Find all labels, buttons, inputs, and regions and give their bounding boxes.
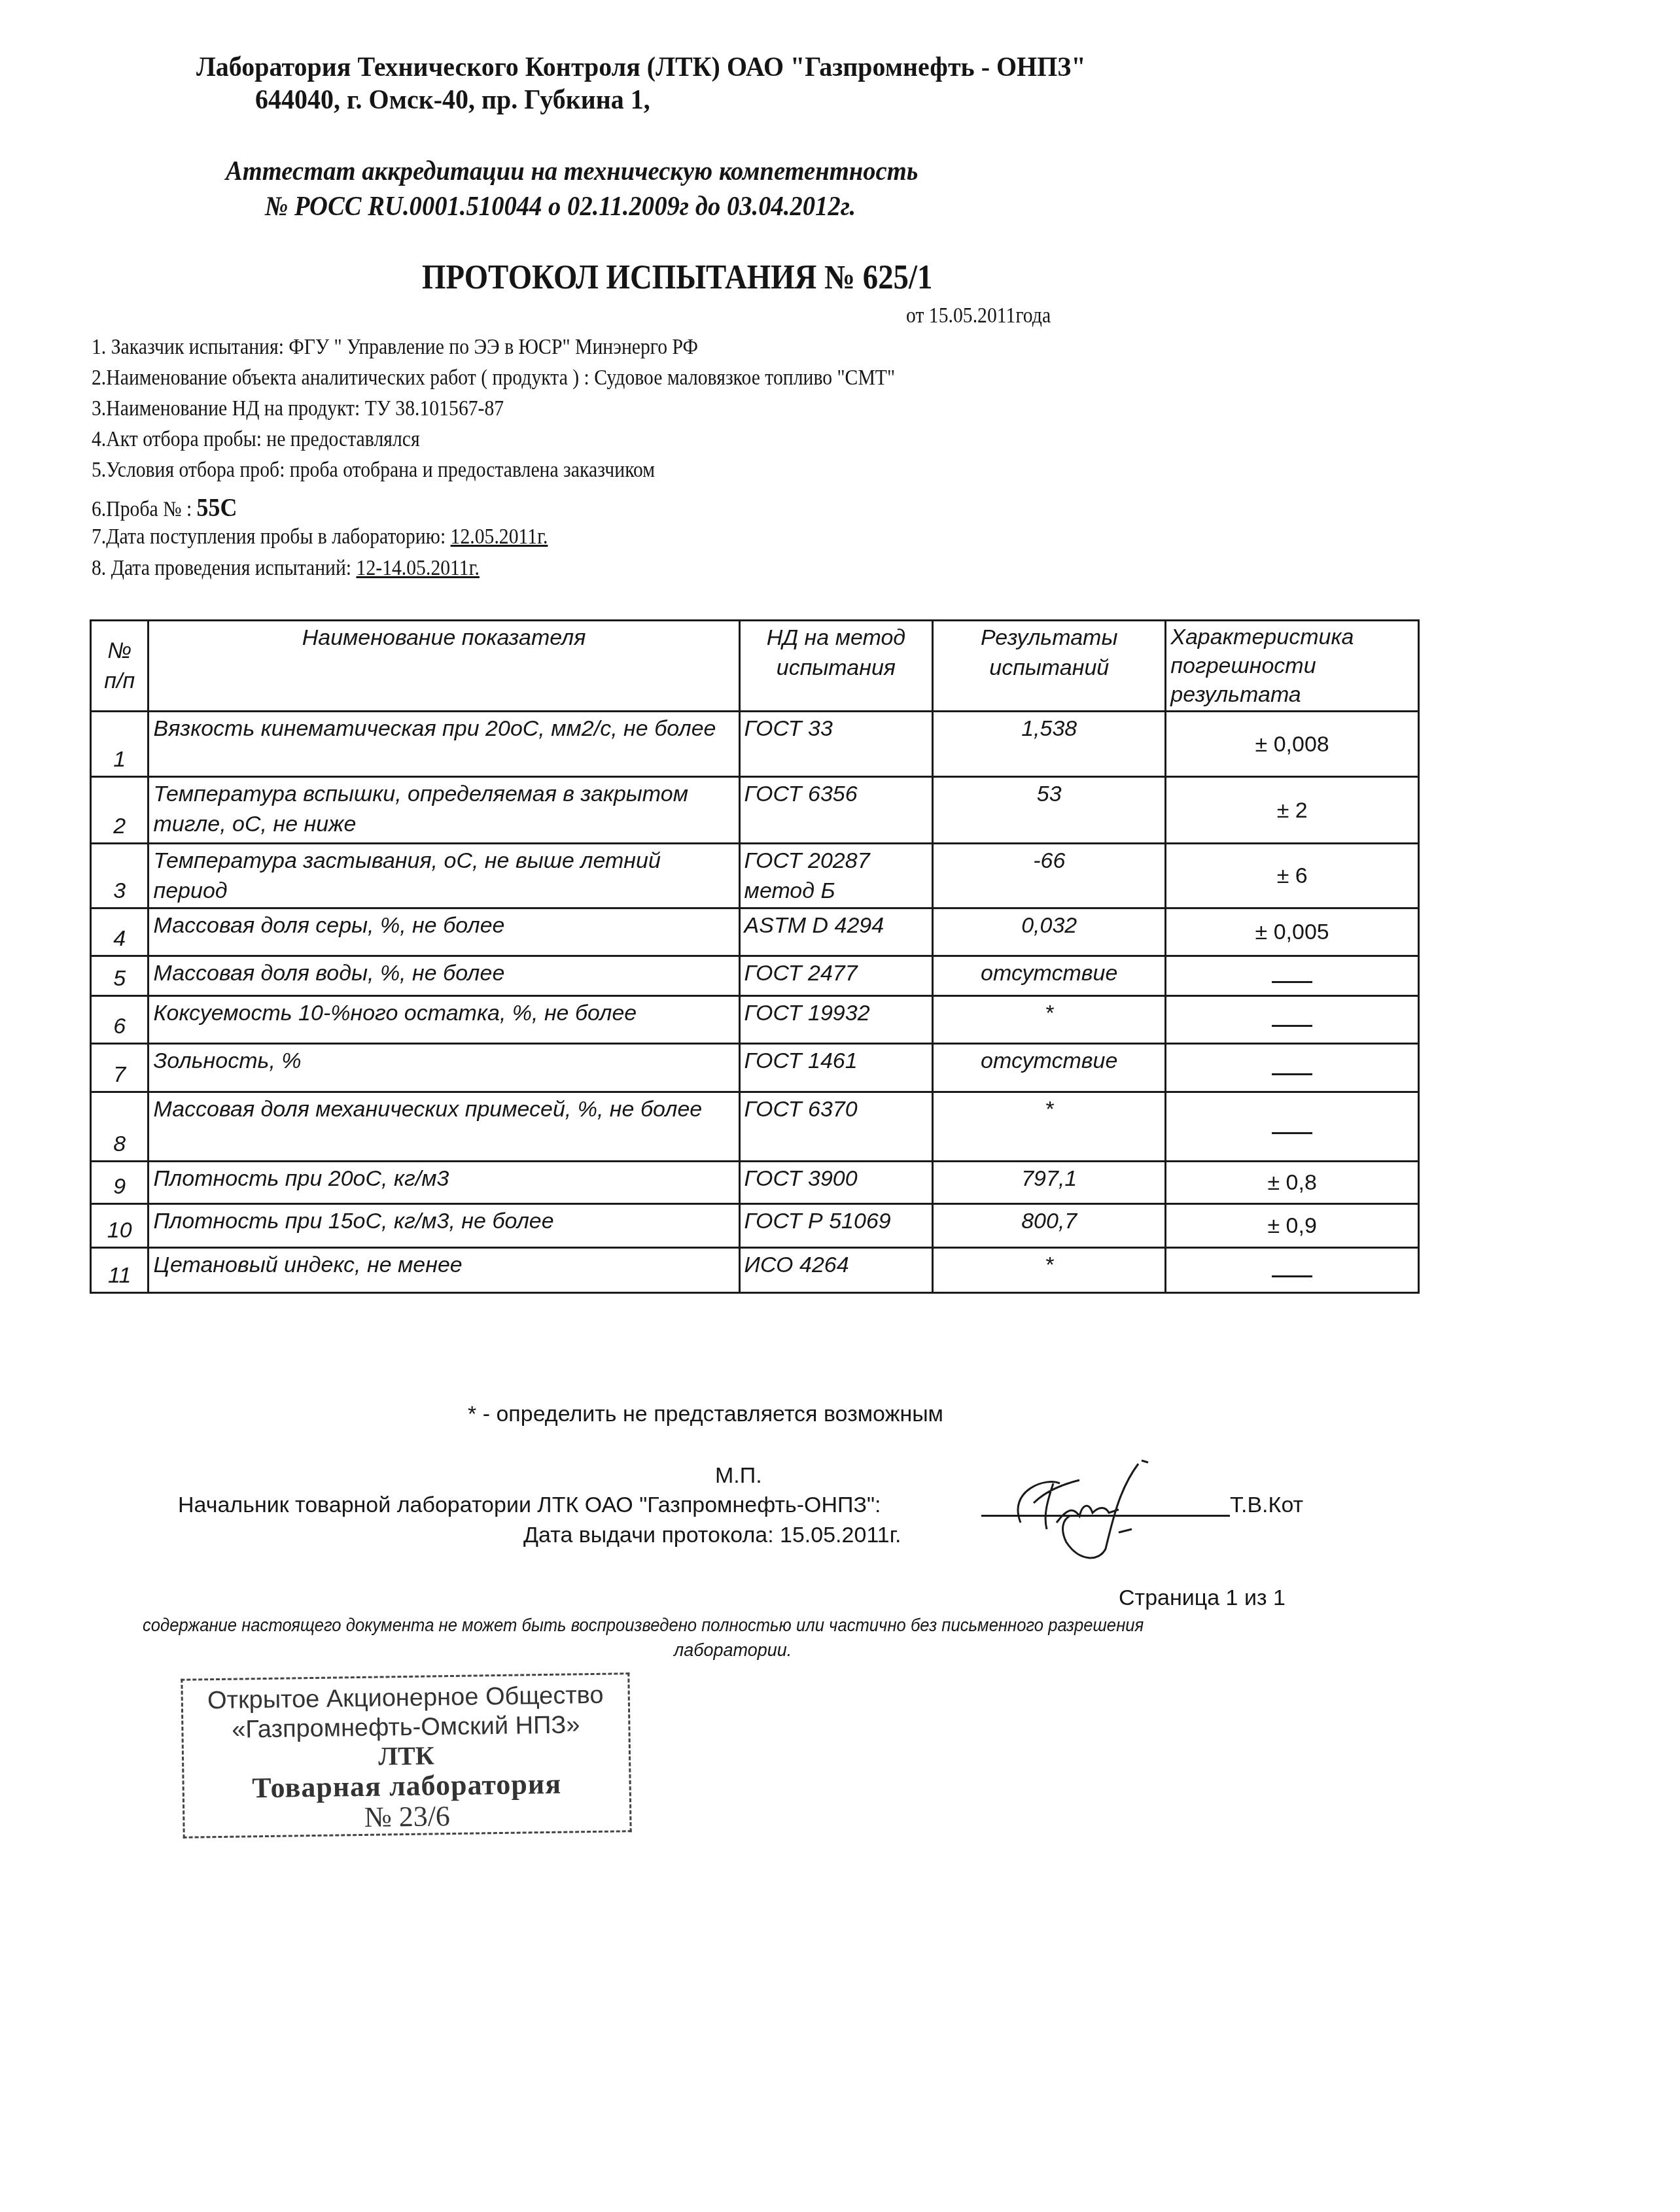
row-method: ГОСТ 19932 (739, 996, 933, 1044)
header-name: Наименование показателя (149, 621, 739, 712)
info-act: 4.Акт отбора пробы: не предоставлялся (92, 428, 420, 452)
table-row: 5Массовая доля воды, %, не болееГОСТ 247… (91, 956, 1419, 996)
sample-value: 55С (197, 493, 237, 522)
row-method: ГОСТ 6356 (739, 777, 933, 844)
sample-label: 6.Проба № : (92, 498, 197, 521)
info-tested: 8. Дата проведения испытаний: 12-14.05.2… (92, 557, 480, 581)
row-name: Плотность при 15оС, кг/м3, не более (149, 1204, 739, 1248)
row-result: 53 (933, 777, 1166, 844)
row-result: отсутствие (933, 956, 1166, 996)
header-num: №п/п (91, 621, 149, 712)
disclaimer: содержание настоящего документа не может… (143, 1616, 1144, 1636)
table-row: 7Зольность, %ГОСТ 1461отсутствие (91, 1044, 1419, 1092)
info-sample: 6.Проба № : 55С (92, 492, 237, 523)
row-num: 7 (91, 1044, 149, 1092)
row-name: Зольность, % (149, 1044, 739, 1092)
table-row: 2Температура вспышки, определяемая в зак… (91, 777, 1419, 844)
row-method: ИСО 4264 (739, 1248, 933, 1293)
table-header-row: №п/п Наименование показателя НД на метод… (91, 621, 1419, 712)
results-table: №п/п Наименование показателя НД на метод… (90, 619, 1420, 1294)
row-result: 797,1 (933, 1162, 1166, 1204)
row-error: ± 2 (1166, 777, 1419, 844)
header-error: Характеристикапогрешностирезультата (1166, 621, 1419, 712)
header-result: Результатыиспытаний (933, 621, 1166, 712)
table-row: 9Плотность при 20оС, кг/м3ГОСТ 3900797,1… (91, 1162, 1419, 1204)
received-value: 12.05.2011г. (451, 525, 548, 549)
lab-name: Лаборатория Технического Контроля (ЛТК) … (196, 51, 1086, 83)
tested-label: 8. Дата проведения испытаний: (92, 557, 357, 580)
row-name: Плотность при 20оС, кг/м3 (149, 1162, 739, 1204)
row-result: 1,538 (933, 712, 1166, 777)
row-method: ГОСТ 3900 (739, 1162, 933, 1204)
row-num: 9 (91, 1162, 149, 1204)
row-method: ГОСТ 1461 (739, 1044, 933, 1092)
page-number: Страница 1 из 1 (1119, 1585, 1286, 1611)
row-result: отсутствие (933, 1044, 1166, 1092)
table-row: 11Цетановый индекс, не менееИСО 4264* (91, 1248, 1419, 1293)
dash-icon (1272, 1275, 1312, 1277)
lab-stamp: Открытое Акционерное Общество «Газпромне… (181, 1672, 631, 1839)
info-received: 7.Дата поступления пробы в лабораторию: … (92, 525, 548, 549)
row-name: Вязкость кинематическая при 20оС, мм2/с,… (149, 712, 739, 777)
row-method: ASTM D 4294 (739, 908, 933, 956)
row-num: 11 (91, 1248, 149, 1293)
row-result: * (933, 996, 1166, 1044)
table-row: 4Массовая доля серы, %, не болееASTM D 4… (91, 908, 1419, 956)
table-row: 6Коксуемость 10-%ного остатка, %, не бол… (91, 996, 1419, 1044)
info-nd: 3.Наименование НД на продукт: ТУ 38.1015… (92, 397, 504, 421)
row-error: ± 0,008 (1166, 712, 1419, 777)
stamp-line5: № 23/6 (184, 1799, 630, 1835)
protocol-date: от 15.05.2011года (906, 304, 1051, 328)
row-error (1166, 1044, 1419, 1092)
table-body: 1Вязкость кинематическая при 20оС, мм2/с… (91, 712, 1419, 1293)
row-num: 2 (91, 777, 149, 844)
row-method: ГОСТ 20287 метод Б (739, 844, 933, 908)
table-row: 1Вязкость кинематическая при 20оС, мм2/с… (91, 712, 1419, 777)
row-error (1166, 956, 1419, 996)
row-method: ГОСТ Р 51069 (739, 1204, 933, 1248)
row-name: Массовая доля серы, %, не более (149, 908, 739, 956)
row-name: Температура застывания, оС, не выше летн… (149, 844, 739, 908)
dash-icon (1272, 1132, 1312, 1134)
row-result: 0,032 (933, 908, 1166, 956)
row-error: ± 0,9 (1166, 1204, 1419, 1248)
tested-value: 12-14.05.2011г. (357, 557, 480, 580)
lab-address: 644040, г. Омск-40, пр. Губкина 1, (255, 84, 650, 116)
dash-icon (1272, 981, 1312, 983)
issue-date: Дата выдачи протокола: 15.05.2011г. (523, 1523, 901, 1548)
row-num: 1 (91, 712, 149, 777)
received-label: 7.Дата поступления пробы в лабораторию: (92, 525, 451, 549)
dash-icon (1272, 1025, 1312, 1027)
row-method: ГОСТ 2477 (739, 956, 933, 996)
seal-place: М.П. (715, 1463, 762, 1489)
row-error: ± 0,8 (1166, 1162, 1419, 1204)
protocol-title: ПРОТОКОЛ ИСПЫТАНИЯ № 625/1 (422, 258, 932, 297)
row-num: 10 (91, 1204, 149, 1248)
accreditation-title: Аттестат аккредитации на техническую ком… (226, 156, 918, 187)
row-result: * (933, 1248, 1166, 1293)
signer-title: Начальник товарной лаборатории ЛТК ОАО "… (178, 1493, 881, 1518)
row-method: ГОСТ 33 (739, 712, 933, 777)
signer-name: Т.В.Кот (1230, 1493, 1303, 1518)
row-num: 6 (91, 996, 149, 1044)
row-num: 5 (91, 956, 149, 996)
row-name: Коксуемость 10-%ного остатка, %, не боле… (149, 996, 739, 1044)
footnote: * - определить не представляется возможн… (468, 1402, 943, 1427)
row-error: ± 6 (1166, 844, 1419, 908)
table-row: 3Температура застывания, оС, не выше лет… (91, 844, 1419, 908)
row-result: -66 (933, 844, 1166, 908)
info-conditions: 5.Условия отбора проб: проба отобрана и … (92, 458, 655, 483)
info-customer: 1. Заказчик испытания: ФГУ " Управление … (92, 336, 698, 360)
table-row: 8Массовая доля механических примесей, %,… (91, 1092, 1419, 1162)
dash-icon (1272, 1073, 1312, 1075)
row-name: Массовая доля воды, %, не более (149, 956, 739, 996)
row-name: Цетановый индекс, не менее (149, 1248, 739, 1293)
row-name: Температура вспышки, определяемая в закр… (149, 777, 739, 844)
row-error (1166, 1092, 1419, 1162)
row-error: ± 0,005 (1166, 908, 1419, 956)
row-error (1166, 1248, 1419, 1293)
info-object: 2.Наименование объекта аналитических раб… (92, 366, 895, 390)
row-name: Массовая доля механических примесей, %, … (149, 1092, 739, 1162)
accreditation-number: № РОСС RU.0001.510044 о 02.11.2009г до 0… (265, 191, 856, 222)
row-num: 4 (91, 908, 149, 956)
row-method: ГОСТ 6370 (739, 1092, 933, 1162)
row-result: * (933, 1092, 1166, 1162)
row-num: 3 (91, 844, 149, 908)
disclaimer-end: лаборатории. (674, 1640, 792, 1661)
row-error (1166, 996, 1419, 1044)
row-result: 800,7 (933, 1204, 1166, 1248)
header-method: НД на методиспытания (739, 621, 933, 712)
table-row: 10Плотность при 15оС, кг/м3, не болееГОС… (91, 1204, 1419, 1248)
signature-icon (1007, 1451, 1178, 1562)
row-num: 8 (91, 1092, 149, 1162)
